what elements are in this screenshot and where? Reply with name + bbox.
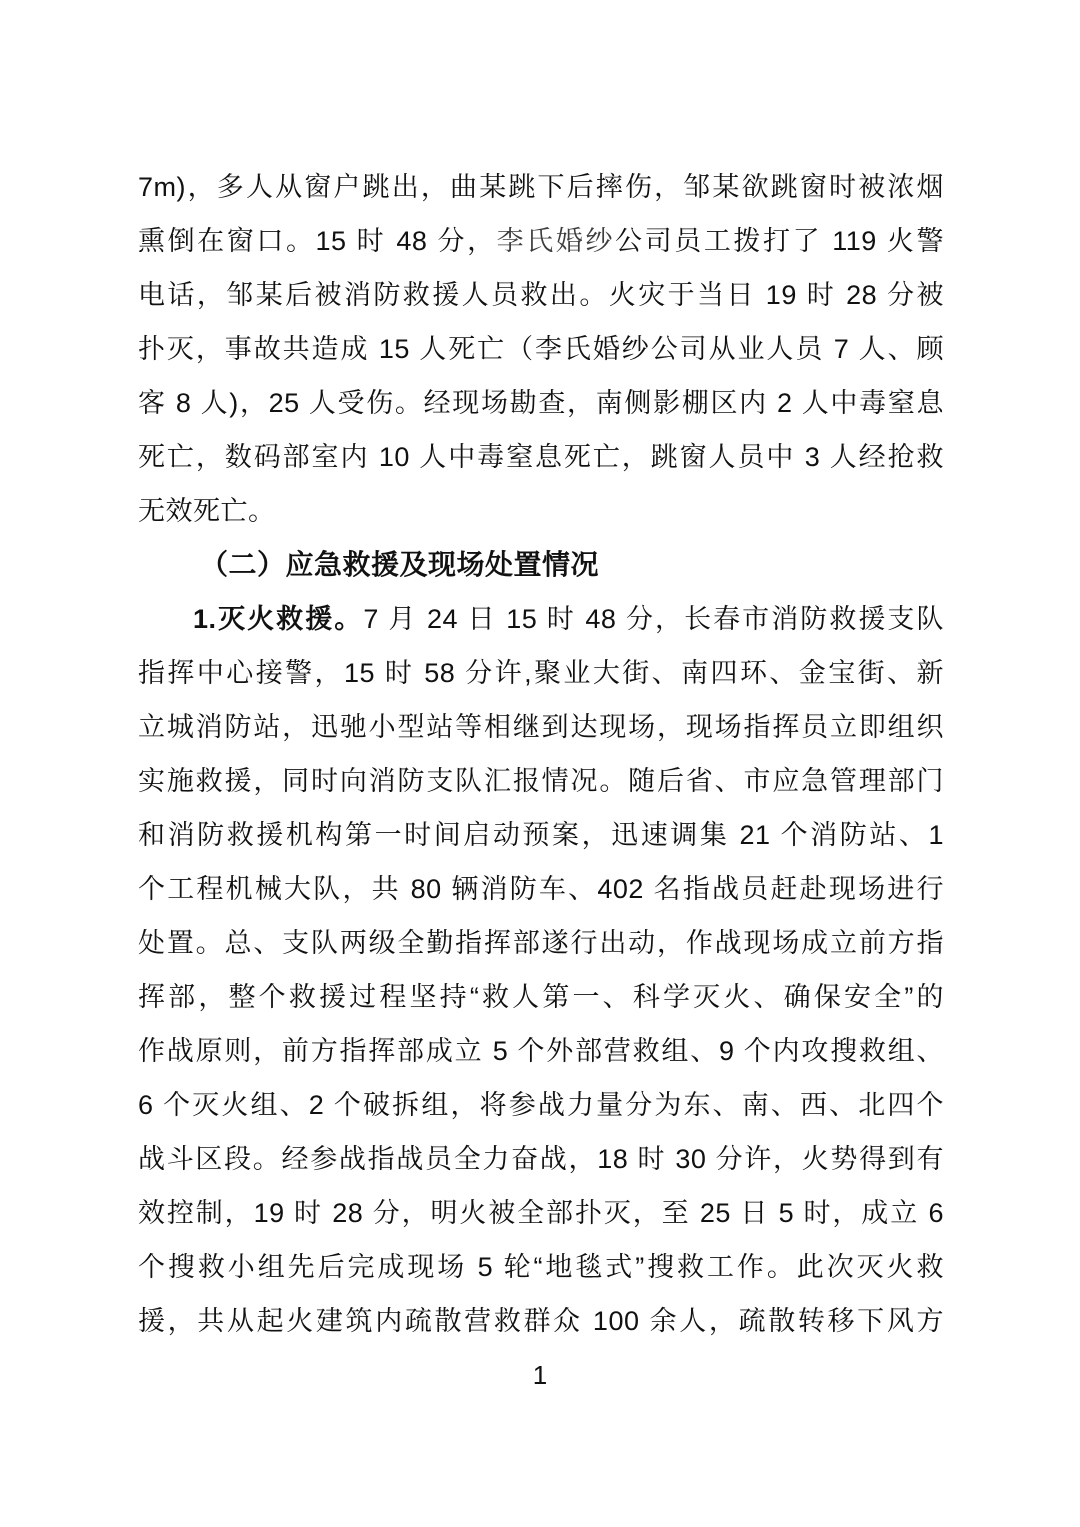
text-line: 死亡，数码部室内 10 人中毒窒息死亡，跳窗人员中 3 人经抢救 [138,430,944,484]
text-segment: 处置。总、支队两级全勤指挥部遂行出动，作战现场成立前方指 [138,928,944,958]
text-segment: 挥部，整个救援过程坚持“救人第一、科学灭火、确保安全”的 [138,982,944,1012]
text-segment: 战斗区段。经参战指战员全力奋战，18 时 30 分许，火势得到有 [138,1144,944,1174]
text-segment: 援，共从起火建筑内疏散营救群众 100 余人，疏散转移下风方 [138,1306,944,1336]
text-segment: 作战原则，前方指挥部成立 5 个外部营救组、9 个内攻搜救组、 [138,1036,944,1066]
text-line: 战斗区段。经参战指战员全力奋战，18 时 30 分许，火势得到有 [138,1132,944,1186]
text-line: 1.灭火救援。7 月 24 日 15 时 48 分，长春市消防救援支队 [138,592,944,646]
text-segment: 死亡，数码部室内 10 人中毒窒息死亡，跳窗人员中 3 人经抢救 [138,442,944,472]
text-line: 个工程机械大队，共 80 辆消防车、402 名指战员赶赴现场进行 [138,862,944,916]
company-name-styled-text: 李氏婚纱 [497,226,615,256]
text-segment: 实施救援，同时向消防支队汇报情况。随后省、市应急管理部门 [138,766,944,796]
text-segment: 熏倒在窗口。15 时 48 分， [138,226,497,256]
text-segment: 扑灭，事故共造成 15 人死亡（李氏婚纱公司从业人员 7 人、顾 [138,334,944,364]
text-segment: 电话，邹某后被消防救援人员救出。火灾于当日 19 时 28 分被 [138,280,944,310]
text-line: 电话，邹某后被消防救援人员救出。火灾于当日 19 时 28 分被 [138,268,944,322]
document-page: 7m)，多人从窗户跳出，曲某跳下后摔伤，邹某欲跳窗时被浓烟熏倒在窗口。15 时 … [0,0,1080,1527]
text-line: 援，共从起火建筑内疏散营救群众 100 余人，疏散转移下风方 [138,1294,944,1348]
text-line: 客 8 人)，25 人受伤。经现场勘查，南侧影棚区内 2 人中毒窒息 [138,376,944,430]
text-line: 熏倒在窗口。15 时 48 分，李氏婚纱公司员工拨打了 119 火警 [138,214,944,268]
text-segment: 无效死亡。 [138,496,276,526]
section-heading: （二）应急救援及现场处置情况 [138,538,944,592]
text-segment: 和消防救援机构第一时间启动预案，迅速调集 21 个消防站、1 [138,820,944,850]
text-line: 效控制，19 时 28 分，明火被全部扑灭，至 25 日 5 时，成立 6 [138,1186,944,1240]
text-line: 个搜救小组先后完成现场 5 轮“地毯式”搜救工作。此次灭火救 [138,1240,944,1294]
text-segment: 效控制，19 时 28 分，明火被全部扑灭，至 25 日 5 时，成立 6 [138,1198,944,1228]
text-line: 扑灭，事故共造成 15 人死亡（李氏婚纱公司从业人员 7 人、顾 [138,322,944,376]
text-line: 立城消防站，迅驰小型站等相继到达现场，现场指挥员立即组织 [138,700,944,754]
text-segment: 7 月 24 日 15 时 48 分，长春市消防救援支队 [363,604,944,634]
text-line: 挥部，整个救援过程坚持“救人第一、科学灭火、确保安全”的 [138,970,944,1024]
text-segment: 个工程机械大队，共 80 辆消防车、402 名指战员赶赴现场进行 [138,874,944,904]
text-line: 作战原则，前方指挥部成立 5 个外部营救组、9 个内攻搜救组、 [138,1024,944,1078]
bold-text-segment: 1.灭火救援。 [193,604,363,634]
text-segment: 7m)，多人从窗户跳出，曲某跳下后摔伤，邹某欲跳窗时被浓烟 [138,172,944,202]
text-line: 6 个灭火组、2 个破拆组，将参战力量分为东、南、西、北四个 [138,1078,944,1132]
text-line: 无效死亡。 [138,484,944,538]
text-segment: 立城消防站，迅驰小型站等相继到达现场，现场指挥员立即组织 [138,712,944,742]
text-line: 处置。总、支队两级全勤指挥部遂行出动，作战现场成立前方指 [138,916,944,970]
text-line: 和消防救援机构第一时间启动预案，迅速调集 21 个消防站、1 [138,808,944,862]
text-segment: 指挥中心接警，15 时 58 分许,聚业大街、南四环、金宝街、新 [138,658,944,688]
text-segment: 公司员工拨打了 119 火警 [615,226,944,256]
document-body: 7m)，多人从窗户跳出，曲某跳下后摔伤，邹某欲跳窗时被浓烟熏倒在窗口。15 时 … [138,160,944,1348]
text-segment: 个搜救小组先后完成现场 5 轮“地毯式”搜救工作。此次灭火救 [138,1252,944,1282]
text-line: 实施救援，同时向消防支队汇报情况。随后省、市应急管理部门 [138,754,944,808]
text-line: 7m)，多人从窗户跳出，曲某跳下后摔伤，邹某欲跳窗时被浓烟 [138,160,944,214]
text-line: 指挥中心接警，15 时 58 分许,聚业大街、南四环、金宝街、新 [138,646,944,700]
bold-text-segment: （二）应急救援及现场处置情况 [200,549,599,580]
text-segment: 客 8 人)，25 人受伤。经现场勘查，南侧影棚区内 2 人中毒窒息 [138,388,944,418]
page-number: 1 [0,1358,1080,1392]
text-segment: 6 个灭火组、2 个破拆组，将参战力量分为东、南、西、北四个 [138,1090,944,1120]
